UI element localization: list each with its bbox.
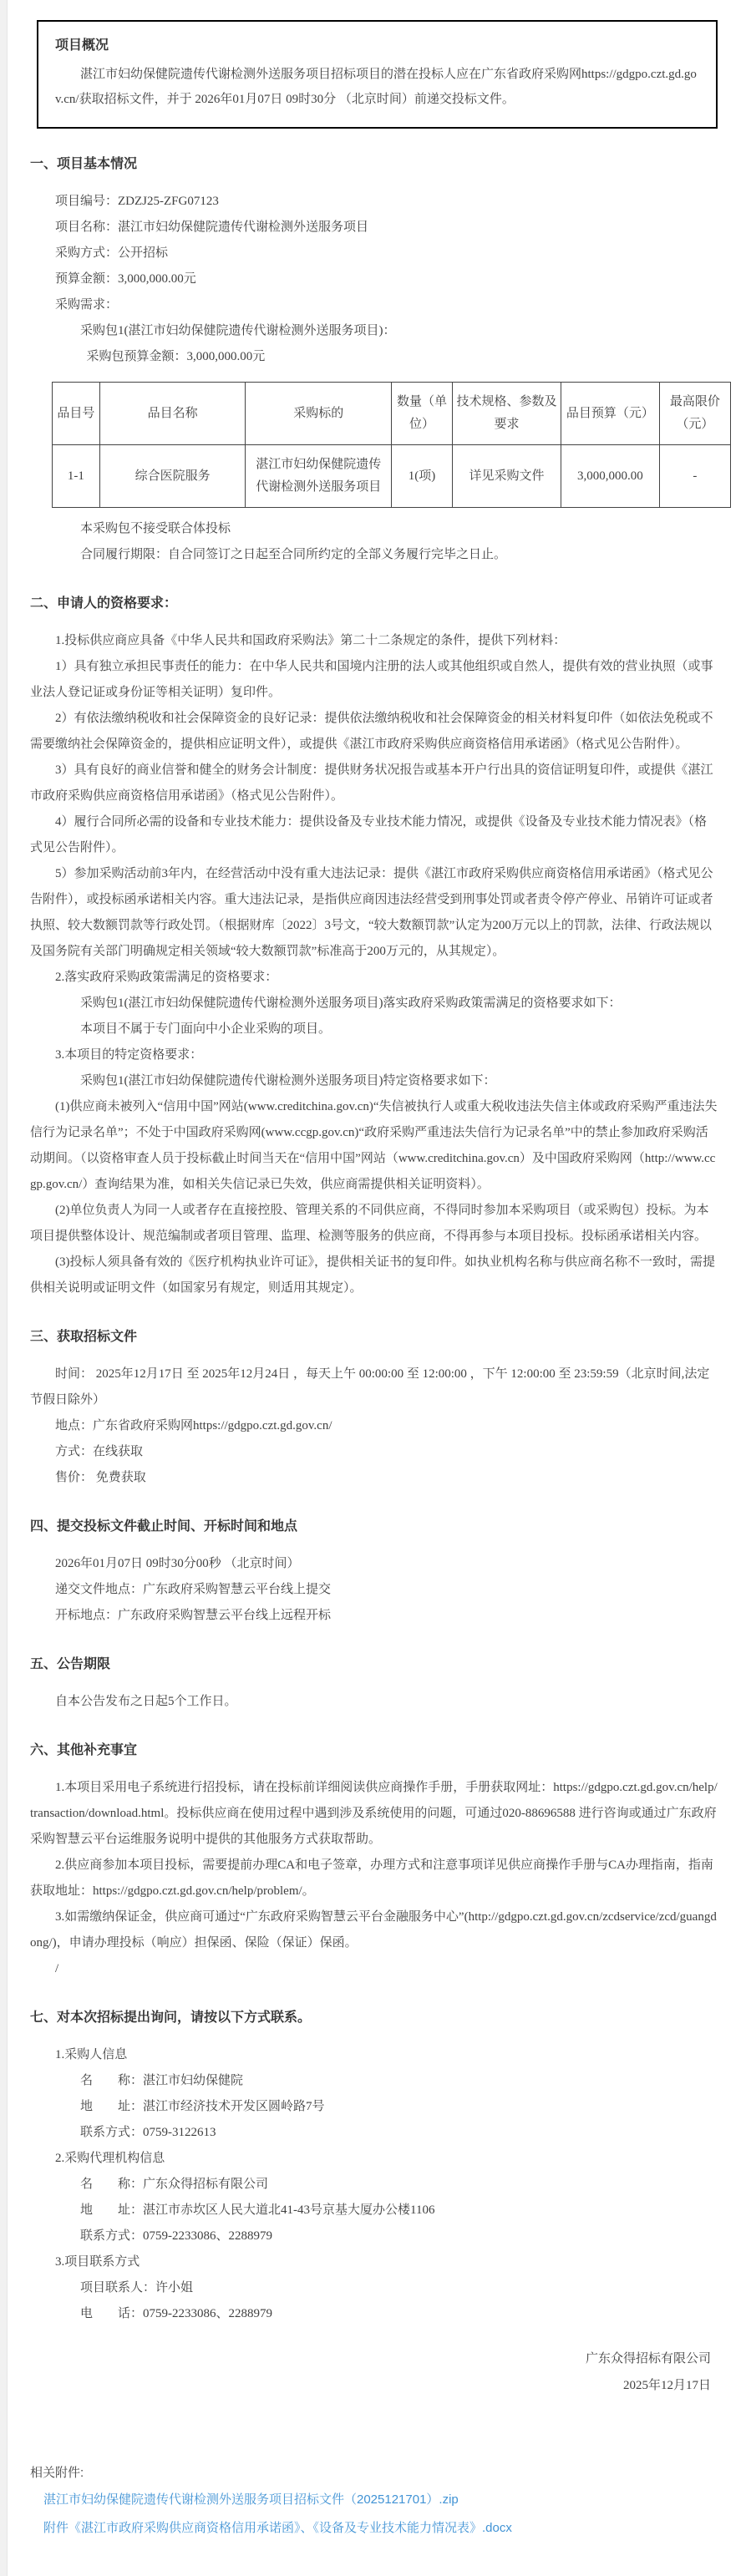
table-header-cell: 采购标的 [246,383,392,445]
paragraph: / [30,1956,718,1982]
section-heading: 一、项目基本情况 [30,154,718,175]
paragraph: 地 址：湛江市赤坎区人民大道北41-43号京基大厦办公楼1106 [30,2198,718,2224]
section: 六、其他补充事宜1.本项目采用电子系统进行招投标，请在投标前详细阅读供应商操作手… [30,1740,718,1982]
section-heading: 四、提交投标文件截止时间、开标时间和地点 [30,1516,718,1538]
paragraph: (2)单位负责人为同一人或者存在直接控股、管理关系的不同供应商，不得同时参加本采… [30,1198,718,1250]
paragraph: 2.供应商参加本项目投标，需要提前办理CA和电子签章，办理方式和注意事项详见供应… [30,1853,718,1904]
paragraph: 售价： 免费获取 [30,1465,718,1491]
procurement-items-table: 品目号品目名称采购标的数量（单位）技术规格、参数及要求品目预算（元）最高限价（元… [52,382,731,508]
table-cell: 湛江市妇幼保健院遗传代谢检测外送服务项目 [246,445,392,508]
table-header-cell: 技术规格、参数及要求 [453,383,561,445]
paragraph: 2.落实政府采购政策需满足的资格要求： [30,965,718,991]
paragraph: 地点：广东省政府采购网https://gdgpo.czt.gd.gov.cn/ [30,1413,718,1439]
table-header-cell: 品目预算（元） [561,383,659,445]
paragraph: 名 称：湛江市妇幼保健院 [30,2068,718,2094]
section: 三、获取招标文件时间： 2025年12月17日 至 2025年12月24日 ，每… [30,1326,718,1491]
table-row: 1-1综合医院服务湛江市妇幼保健院遗传代谢检测外送服务项目1(项)详见采购文件3… [53,445,731,508]
tender-announcement-page: 项目概况 湛江市妇幼保健院遗传代谢检测外送服务项目招标项目的潜在投标人应在广东省… [7,0,746,2576]
table-cell: 3,000,000.00 [561,445,659,508]
paragraph: 联系方式：0759-2233086、2288979 [30,2224,718,2249]
section: 四、提交投标文件截止时间、开标时间和地点2026年01月07日 09时30分00… [30,1516,718,1629]
paragraph: 采购包预算金额：3,000,000.00元 [30,344,718,370]
paragraph: 合同履行期限：自合同签订之日起至合同所约定的全部义务履行完毕之日止。 [30,542,718,568]
paragraph: 3）具有良好的商业信誉和健全的财务会计制度：提供财务状况报告或基本开户行出具的资… [30,758,718,809]
paragraph: 2.采购代理机构信息 [30,2146,718,2172]
section-heading: 七、对本次招标提出询问，请按以下方式联系。 [30,2007,718,2029]
paragraph: 采购需求： [30,292,718,318]
paragraph: 3.本项目的特定资格要求： [30,1042,718,1068]
paragraph: (1)供应商未被列入“信用中国”网站(www.creditchina.gov.c… [30,1094,718,1198]
attachments-section: 相关附件: 湛江市妇幼保健院遗传代谢检测外送服务项目招标文件（202512170… [30,2461,718,2543]
paragraph: 电 话：0759-2233086、2288979 [30,2301,718,2327]
paragraph: 2026年01月07日 09时30分00秒 （北京时间） [30,1551,718,1577]
project-overview-box: 项目概况 湛江市妇幼保健院遗传代谢检测外送服务项目招标项目的潜在投标人应在广东省… [37,20,718,129]
paragraph: 3.如需缴纳保证金，供应商可通过“广东政府采购智慧云平台金融服务中心”(http… [30,1904,718,1956]
table-cell: 1-1 [53,445,100,508]
section-heading: 二、申请人的资格要求： [30,593,718,615]
page-left-gutter [0,0,8,2576]
attachments-list: 湛江市妇幼保健院遗传代谢检测外送服务项目招标文件（2025121701）.zip… [30,2486,718,2543]
paragraph: 3.项目联系方式 [30,2249,718,2275]
table-header-row: 品目号品目名称采购标的数量（单位）技术规格、参数及要求品目预算（元）最高限价（元… [53,383,731,445]
section: 一、项目基本情况项目编号：ZDZJ25-ZFG07123项目名称：湛江市妇幼保健… [30,154,718,568]
paragraph: 本采购包不接受联合体投标 [30,516,718,542]
paragraph: 采购包1(湛江市妇幼保健院遗传代谢检测外送服务项目)特定资格要求如下： [30,1068,718,1094]
section-heading: 三、获取招标文件 [30,1326,718,1348]
section: 五、公告期限自本公告发布之日起5个工作日。 [30,1654,718,1715]
sections-container: 一、项目基本情况项目编号：ZDZJ25-ZFG07123项目名称：湛江市妇幼保健… [30,154,718,2327]
table-header-cell: 数量（单位） [391,383,452,445]
table-cell: - [659,445,730,508]
attachment-link[interactable]: 湛江市妇幼保健院遗传代谢检测外送服务项目招标文件（2025121701）.zip [43,2486,718,2514]
paragraph: 自本公告发布之日起5个工作日。 [30,1689,718,1715]
section-heading: 六、其他补充事宜 [30,1740,718,1762]
table-cell: 1(项) [391,445,452,508]
paragraph: 预算金额：3,000,000.00元 [30,266,718,292]
paragraph: 本项目不属于专门面向中小企业采购的项目。 [30,1017,718,1042]
paragraph: 地 址：湛江市经济技术开发区圆岭路7号 [30,2094,718,2120]
paragraph: (3)投标人须具备有效的《医疗机构执业许可证》，提供相关证书的复印件。如执业机构… [30,1250,718,1301]
attachment-link[interactable]: 附件《湛江市政府采购供应商资格信用承诺函》、《设备及专业技术能力情况表》.doc… [43,2514,718,2543]
paragraph: 采购方式：公开招标 [30,241,718,266]
table-cell: 详见采购文件 [453,445,561,508]
paragraph: 项目联系人：许小姐 [30,2275,718,2301]
table-cell: 综合医院服务 [99,445,246,508]
paragraph: 项目名称：湛江市妇幼保健院遗传代谢检测外送服务项目 [30,215,718,241]
paragraph: 采购包1(湛江市妇幼保健院遗传代谢检测外送服务项目)： [30,318,718,344]
signature-block: 广东众得招标有限公司 2025年12月17日 [30,2345,718,2399]
paragraph: 方式：在线获取 [30,1439,718,1465]
paragraph: 名 称：广东众得招标有限公司 [30,2172,718,2198]
paragraph: 1.本项目采用电子系统进行招投标，请在投标前详细阅读供应商操作手册，手册获取网址… [30,1775,718,1853]
attachments-label: 相关附件: [30,2461,718,2486]
paragraph: 2）有依法缴纳税收和社会保障资金的良好记录：提供依法缴纳税收和社会保障资金的相关… [30,706,718,758]
table-header-cell: 品目号 [53,383,100,445]
paragraph: 采购包1(湛江市妇幼保健院遗传代谢检测外送服务项目)落实政府采购政策需满足的资格… [30,991,718,1017]
table-header-cell: 最高限价（元） [659,383,730,445]
paragraph: 1.采购人信息 [30,2042,718,2068]
paragraph: 5）参加采购活动前3年内，在经营活动中没有重大违法记录：提供《湛江市政府采购供应… [30,861,718,965]
paragraph: 项目编号：ZDZJ25-ZFG07123 [30,189,718,215]
signature-company: 广东众得招标有限公司 [30,2345,711,2372]
paragraph: 1）具有独立承担民事责任的能力：在中华人民共和国境内注册的法人或其他组织或自然人… [30,654,718,706]
overview-text: 湛江市妇幼保健院遗传代谢检测外送服务项目招标项目的潜在投标人应在广东省政府采购网… [55,62,699,112]
signature-date: 2025年12月17日 [30,2372,711,2399]
paragraph: 联系方式：0759-3122613 [30,2120,718,2146]
section-heading: 五、公告期限 [30,1654,718,1676]
paragraph: 1.投标供应商应具备《中华人民共和国政府采购法》第二十二条规定的条件，提供下列材… [30,628,718,654]
overview-title: 项目概况 [55,33,699,58]
table-header-cell: 品目名称 [99,383,246,445]
section: 二、申请人的资格要求：1.投标供应商应具备《中华人民共和国政府采购法》第二十二条… [30,593,718,1301]
paragraph: 4）履行合同所必需的设备和专业技术能力：提供设备及专业技术能力情况，或提供《设备… [30,809,718,861]
section: 七、对本次招标提出询问，请按以下方式联系。1.采购人信息名 称：湛江市妇幼保健院… [30,2007,718,2327]
paragraph: 开标地点：广东政府采购智慧云平台线上远程开标 [30,1603,718,1629]
paragraph: 递交文件地点：广东政府采购智慧云平台线上提交 [30,1577,718,1603]
paragraph: 时间： 2025年12月17日 至 2025年12月24日 ，每天上午 00:0… [30,1362,718,1413]
